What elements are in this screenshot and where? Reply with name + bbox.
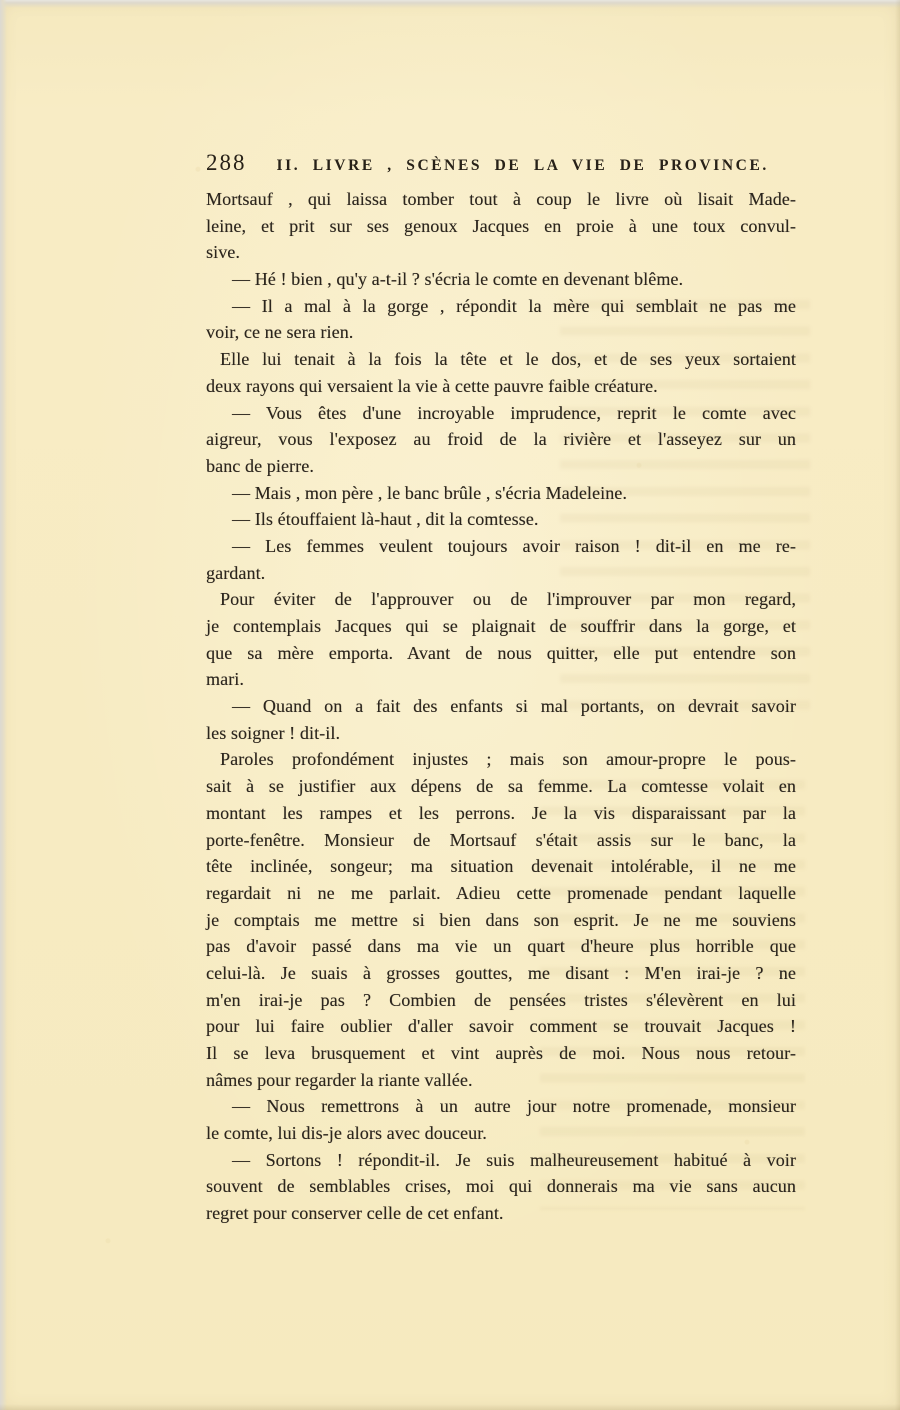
body-text: Mortsauf , qui laissa tomber tout à coup… xyxy=(206,186,796,1227)
text-line: Elle lui tenait à la fois la tête et le … xyxy=(206,346,796,373)
text-line: deux rayons qui versaient la vie à cette… xyxy=(206,373,796,400)
text-line: sive. xyxy=(206,239,796,266)
text-line: Il se leva brusquement et vint auprès de… xyxy=(206,1040,796,1067)
text-line: celui-là. Je suais à grosses gouttes, me… xyxy=(206,960,796,987)
text-line: Pour éviter de l'approuver ou de l'impro… xyxy=(206,586,796,613)
text-line: pour lui faire oublier d'aller savoir co… xyxy=(206,1013,796,1040)
text-line: leine, et prit sur ses genoux Jacques en… xyxy=(206,213,796,240)
text-line: Mortsauf , qui laissa tomber tout à coup… xyxy=(206,186,796,213)
text-line: je contemplais Jacques qui se plaignait … xyxy=(206,613,796,640)
text-line: regardait ni ne me parlait. Adieu cette … xyxy=(206,880,796,907)
page-number: 288 xyxy=(206,150,247,176)
text-line: regret pour conserver celle de cet enfan… xyxy=(206,1200,796,1227)
text-line: — Mais , mon père , le banc brûle , s'éc… xyxy=(206,480,796,507)
text-line: tête inclinée, songeur; ma situation dev… xyxy=(206,853,796,880)
text-line: aigreur, vous l'exposez au froid de la r… xyxy=(206,426,796,453)
text-line: mari. xyxy=(206,666,796,693)
page-header: 288 II. LIVRE , SCÈNES DE LA VIE DE PROV… xyxy=(206,150,796,176)
text-line: voir, ce ne sera rien. xyxy=(206,319,796,346)
text-line: pas d'avoir passé dans ma vie un quart d… xyxy=(206,933,796,960)
text-line: — Vous êtes d'une incroyable imprudence,… xyxy=(206,400,796,427)
text-line: les soigner ! dit-il. xyxy=(206,720,796,747)
text-line: — Nous remettrons à un autre jour notre … xyxy=(206,1093,796,1120)
running-title: II. LIVRE , SCÈNES DE LA VIE DE PROVINCE… xyxy=(277,157,769,175)
scan-edge-top xyxy=(0,0,900,8)
text-line: montant les rampes et les perrons. Je la… xyxy=(206,800,796,827)
text-line: — Sortons ! répondit-il. Je suis malheur… xyxy=(206,1147,796,1174)
scan-edge-right xyxy=(895,0,900,1410)
scan-edge-bottom xyxy=(0,1404,900,1410)
text-line: gardant. xyxy=(206,560,796,587)
text-line: banc de pierre. xyxy=(206,453,796,480)
text-line: — Quand on a fait des enfants si mal por… xyxy=(206,693,796,720)
text-line: porte-fenêtre. Monsieur de Mortsauf s'ét… xyxy=(206,827,796,854)
text-line: m'en irai-je pas ? Combien de pensées tr… xyxy=(206,987,796,1014)
text-line: Paroles profondément injustes ; mais son… xyxy=(206,746,796,773)
text-line: je comptais me mettre si bien dans son e… xyxy=(206,907,796,934)
text-line: le comte, lui dis-je alors avec douceur. xyxy=(206,1120,796,1147)
text-line: sait à se justifier aux dépens de sa fem… xyxy=(206,773,796,800)
text-line: nâmes pour regarder la riante vallée. xyxy=(206,1067,796,1094)
text-line: — Hé ! bien , qu'y a-t-il ? s'écria le c… xyxy=(206,266,796,293)
text-line: — Les femmes veulent toujours avoir rais… xyxy=(206,533,796,560)
scan-edge-left xyxy=(0,0,7,1410)
book-page: 288 II. LIVRE , SCÈNES DE LA VIE DE PROV… xyxy=(0,0,900,1410)
text-line: — Ils étouffaient là-haut , dit la comte… xyxy=(206,506,796,533)
text-line: — Il a mal à la gorge , répondit la mère… xyxy=(206,293,796,320)
text-line: souvent de semblables crises, moi qui do… xyxy=(206,1173,796,1200)
text-line: que sa mère emporta. Avant de nous quitt… xyxy=(206,640,796,667)
